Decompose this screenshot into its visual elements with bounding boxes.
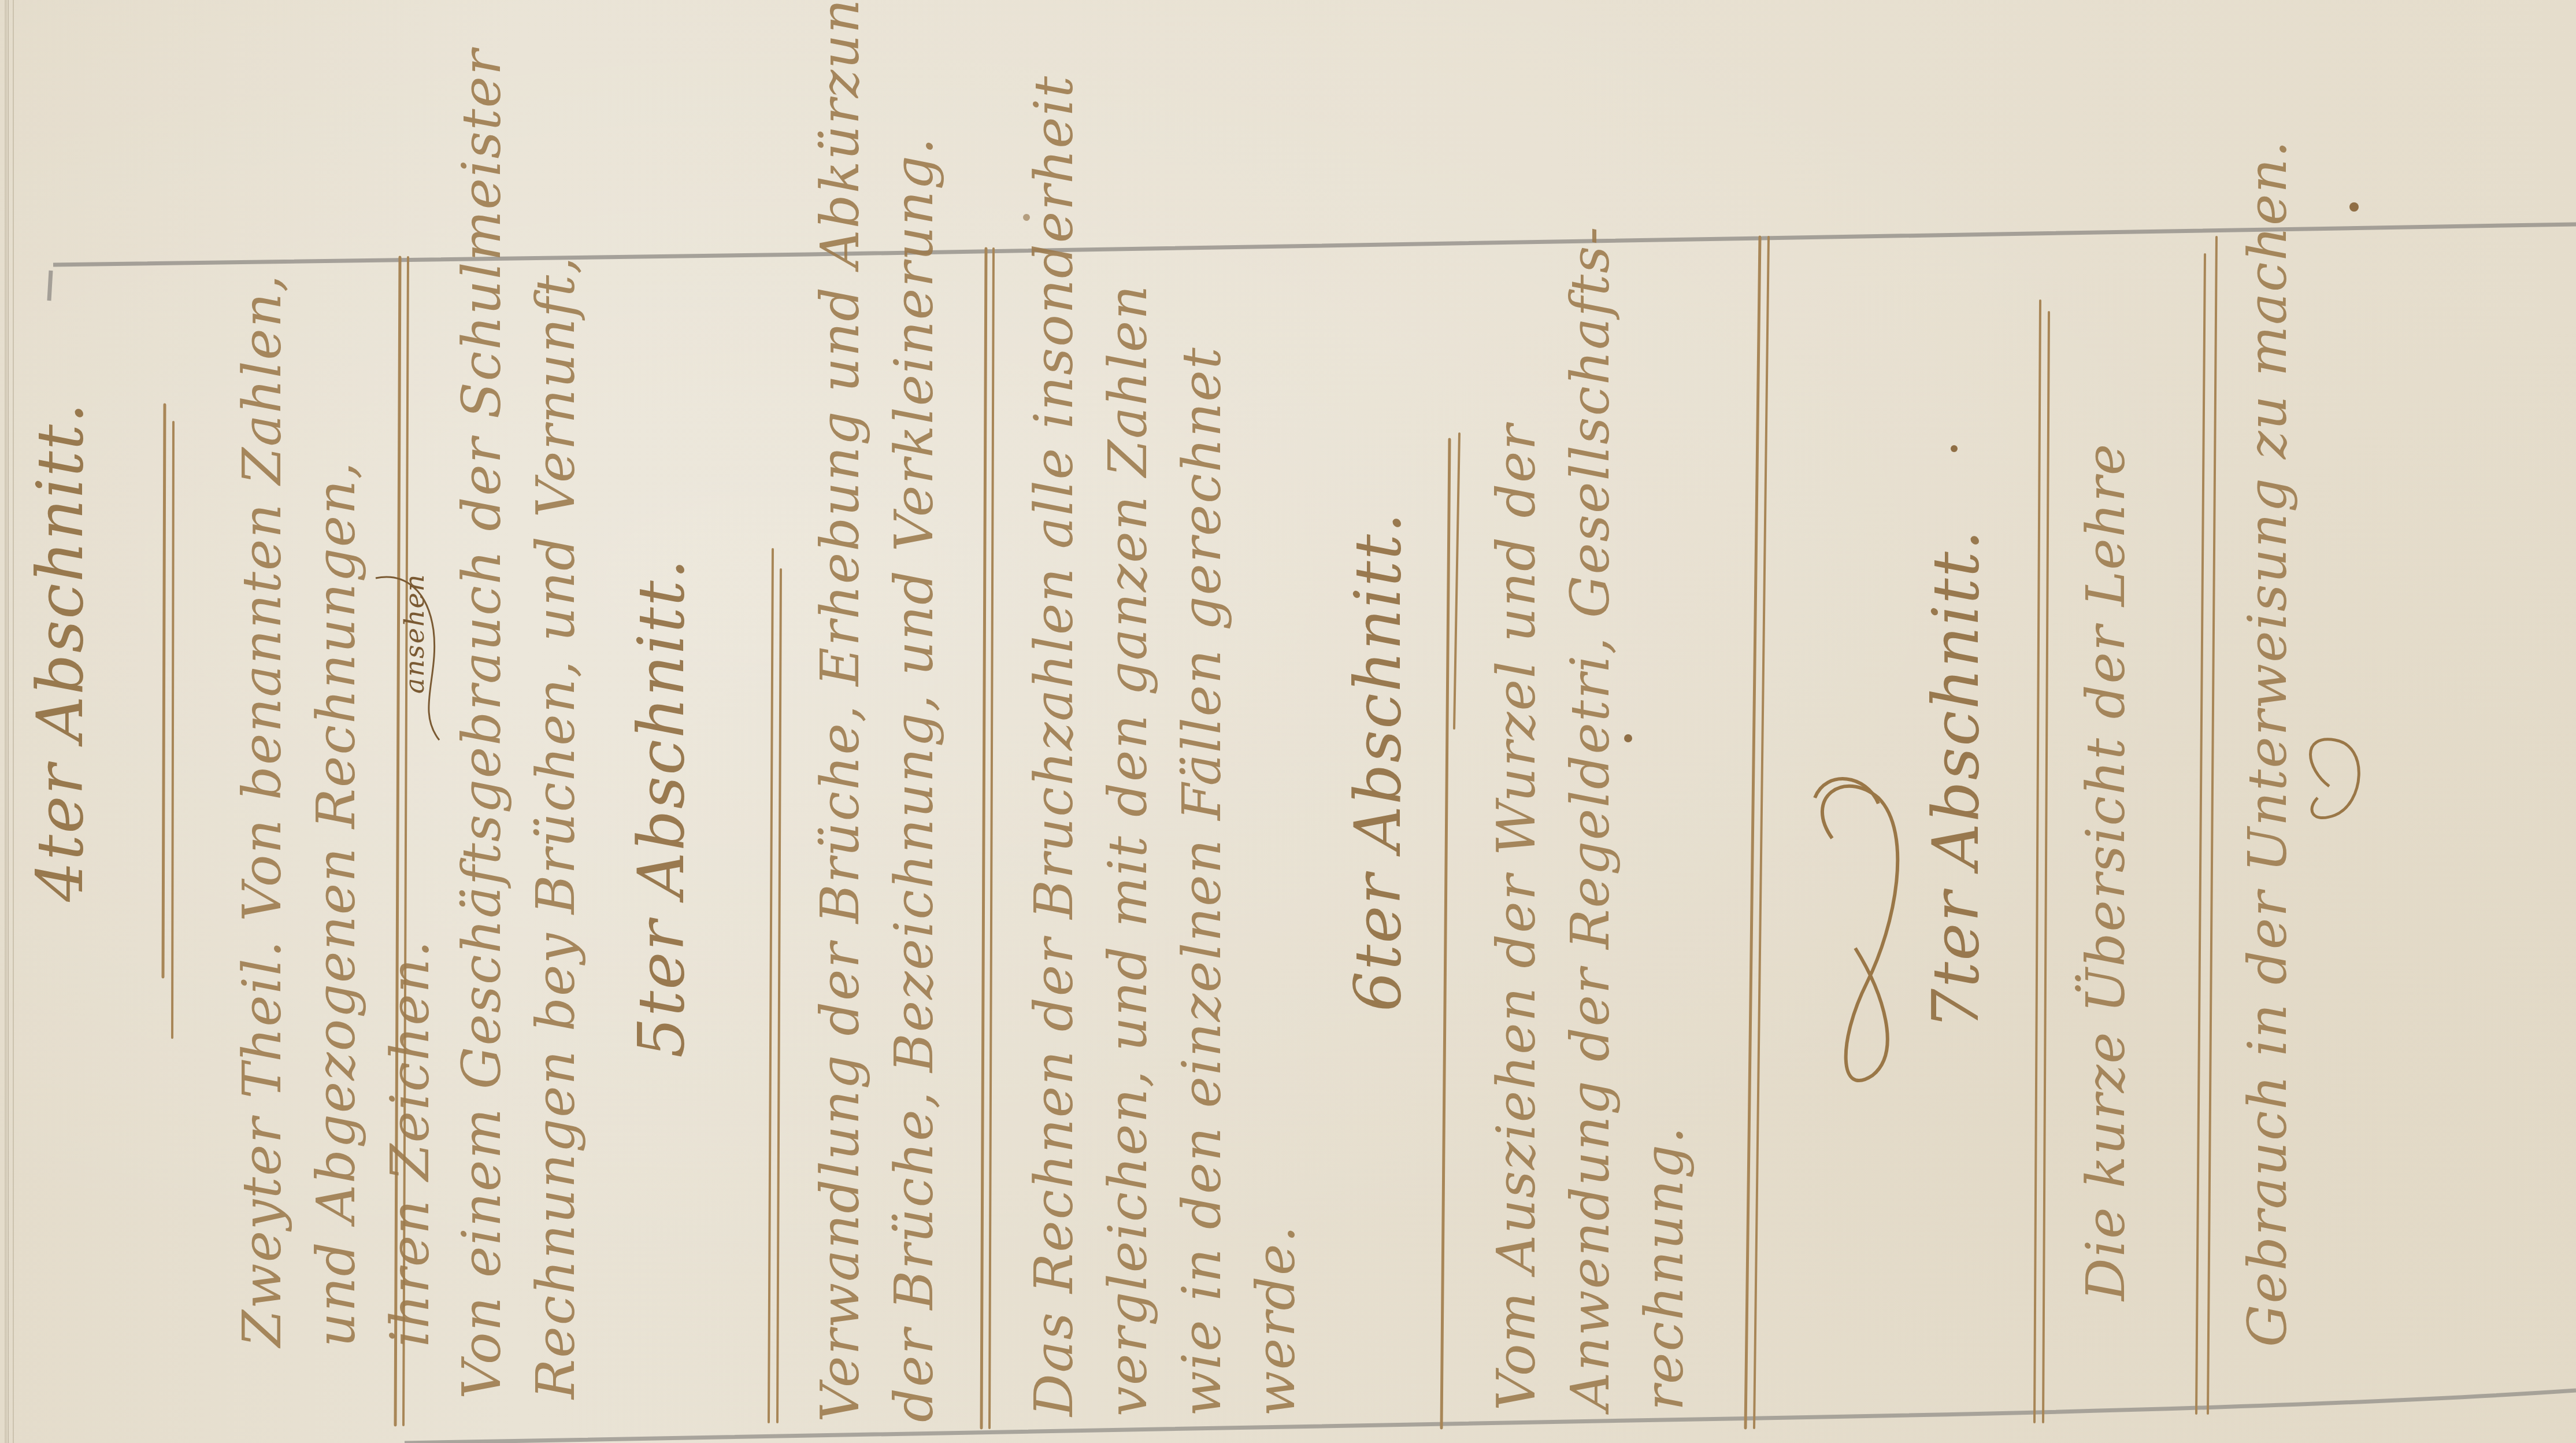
section-col-h: Die kurze Übersicht der Lehre (2069, 443, 2143, 1301)
section-col-c-heading: 5ter Abschnitt. (624, 558, 698, 1058)
text-line: rechnung. (1628, 225, 1702, 1411)
text-line: werde. (1239, 75, 1313, 1416)
section-col-b: Zweyter Theil. Von benannten Zahlen, und… (225, 274, 447, 1347)
text-line: Die kurze Übersicht der Lehre (2069, 443, 2143, 1301)
ink-speck (1023, 214, 1030, 221)
section-col-g-heading: 7ter Abschnitt. (1919, 529, 1993, 1029)
text-line: Das Rechnen der Bruchzahlen alle insonde… (1017, 75, 1091, 1416)
section-col-c: Von einem Geschäftsgebrauch der Schulmei… (445, 49, 593, 1399)
text-line: und Abgezogenen Rechnungen, (299, 274, 373, 1347)
correction-note: ansehen (399, 573, 430, 694)
ink-speck (1951, 445, 1958, 452)
ink-speck (2349, 202, 2359, 212)
text-line: Rechnungen bey Brüchen, und Vernunft, (519, 49, 593, 1399)
section-heading: 7ter Abschnitt. (1919, 529, 1993, 1029)
manuscript-page: 4ter Abschnitt. Zweyter Theil. Von benan… (0, 0, 2576, 1443)
section-heading: 4ter Abschnitt. (23, 402, 97, 902)
text-line: Gebrauch in der Unterweisung zu machen. (2231, 139, 2305, 1347)
ornament-flourish-c (2311, 739, 2359, 818)
section-col-e: Das Rechnen der Bruchzahlen alle insonde… (1017, 75, 1313, 1416)
ink-speck (1624, 734, 1632, 742)
section-heading: 5ter Abschnitt. (624, 558, 698, 1058)
text-line: vergleichen, und mit den ganzen Zahlen (1091, 75, 1165, 1416)
section-col-d: Verwandlung der Brüche, Erhebung und Abk… (803, 0, 951, 1422)
text-line: ihren Zeichen. (373, 274, 447, 1347)
text-line: Von einem Geschäftsgebrauch der Schulmei… (445, 49, 519, 1399)
section-col-f: Vom Ausziehen der Wurzel und der Anwendu… (1480, 225, 1702, 1411)
ornament-flourish-d (1815, 779, 1897, 1081)
text-line: wie in den einzelnen Fällen gerechnet (1165, 75, 1239, 1416)
section-col-a: 4ter Abschnitt. (23, 402, 97, 902)
text-line: der Brüche, Bezeichnung, und Verkleineru… (877, 0, 951, 1422)
section-col-e-heading: 6ter Abschnitt. (1341, 512, 1415, 1012)
text-line: Zweyter Theil. Von benannten Zahlen, (225, 274, 299, 1347)
text-line: Vom Ausziehen der Wurzel und der (1480, 225, 1554, 1411)
section-heading: 6ter Abschnitt. (1341, 512, 1415, 1012)
text-line: Anwendung der Regeldetri, Gesellschafts- (1554, 225, 1628, 1411)
section-col-i: Gebrauch in der Unterweisung zu machen. (2231, 139, 2305, 1347)
text-line: Verwandlung der Brüche, Erhebung und Abk… (803, 0, 877, 1422)
